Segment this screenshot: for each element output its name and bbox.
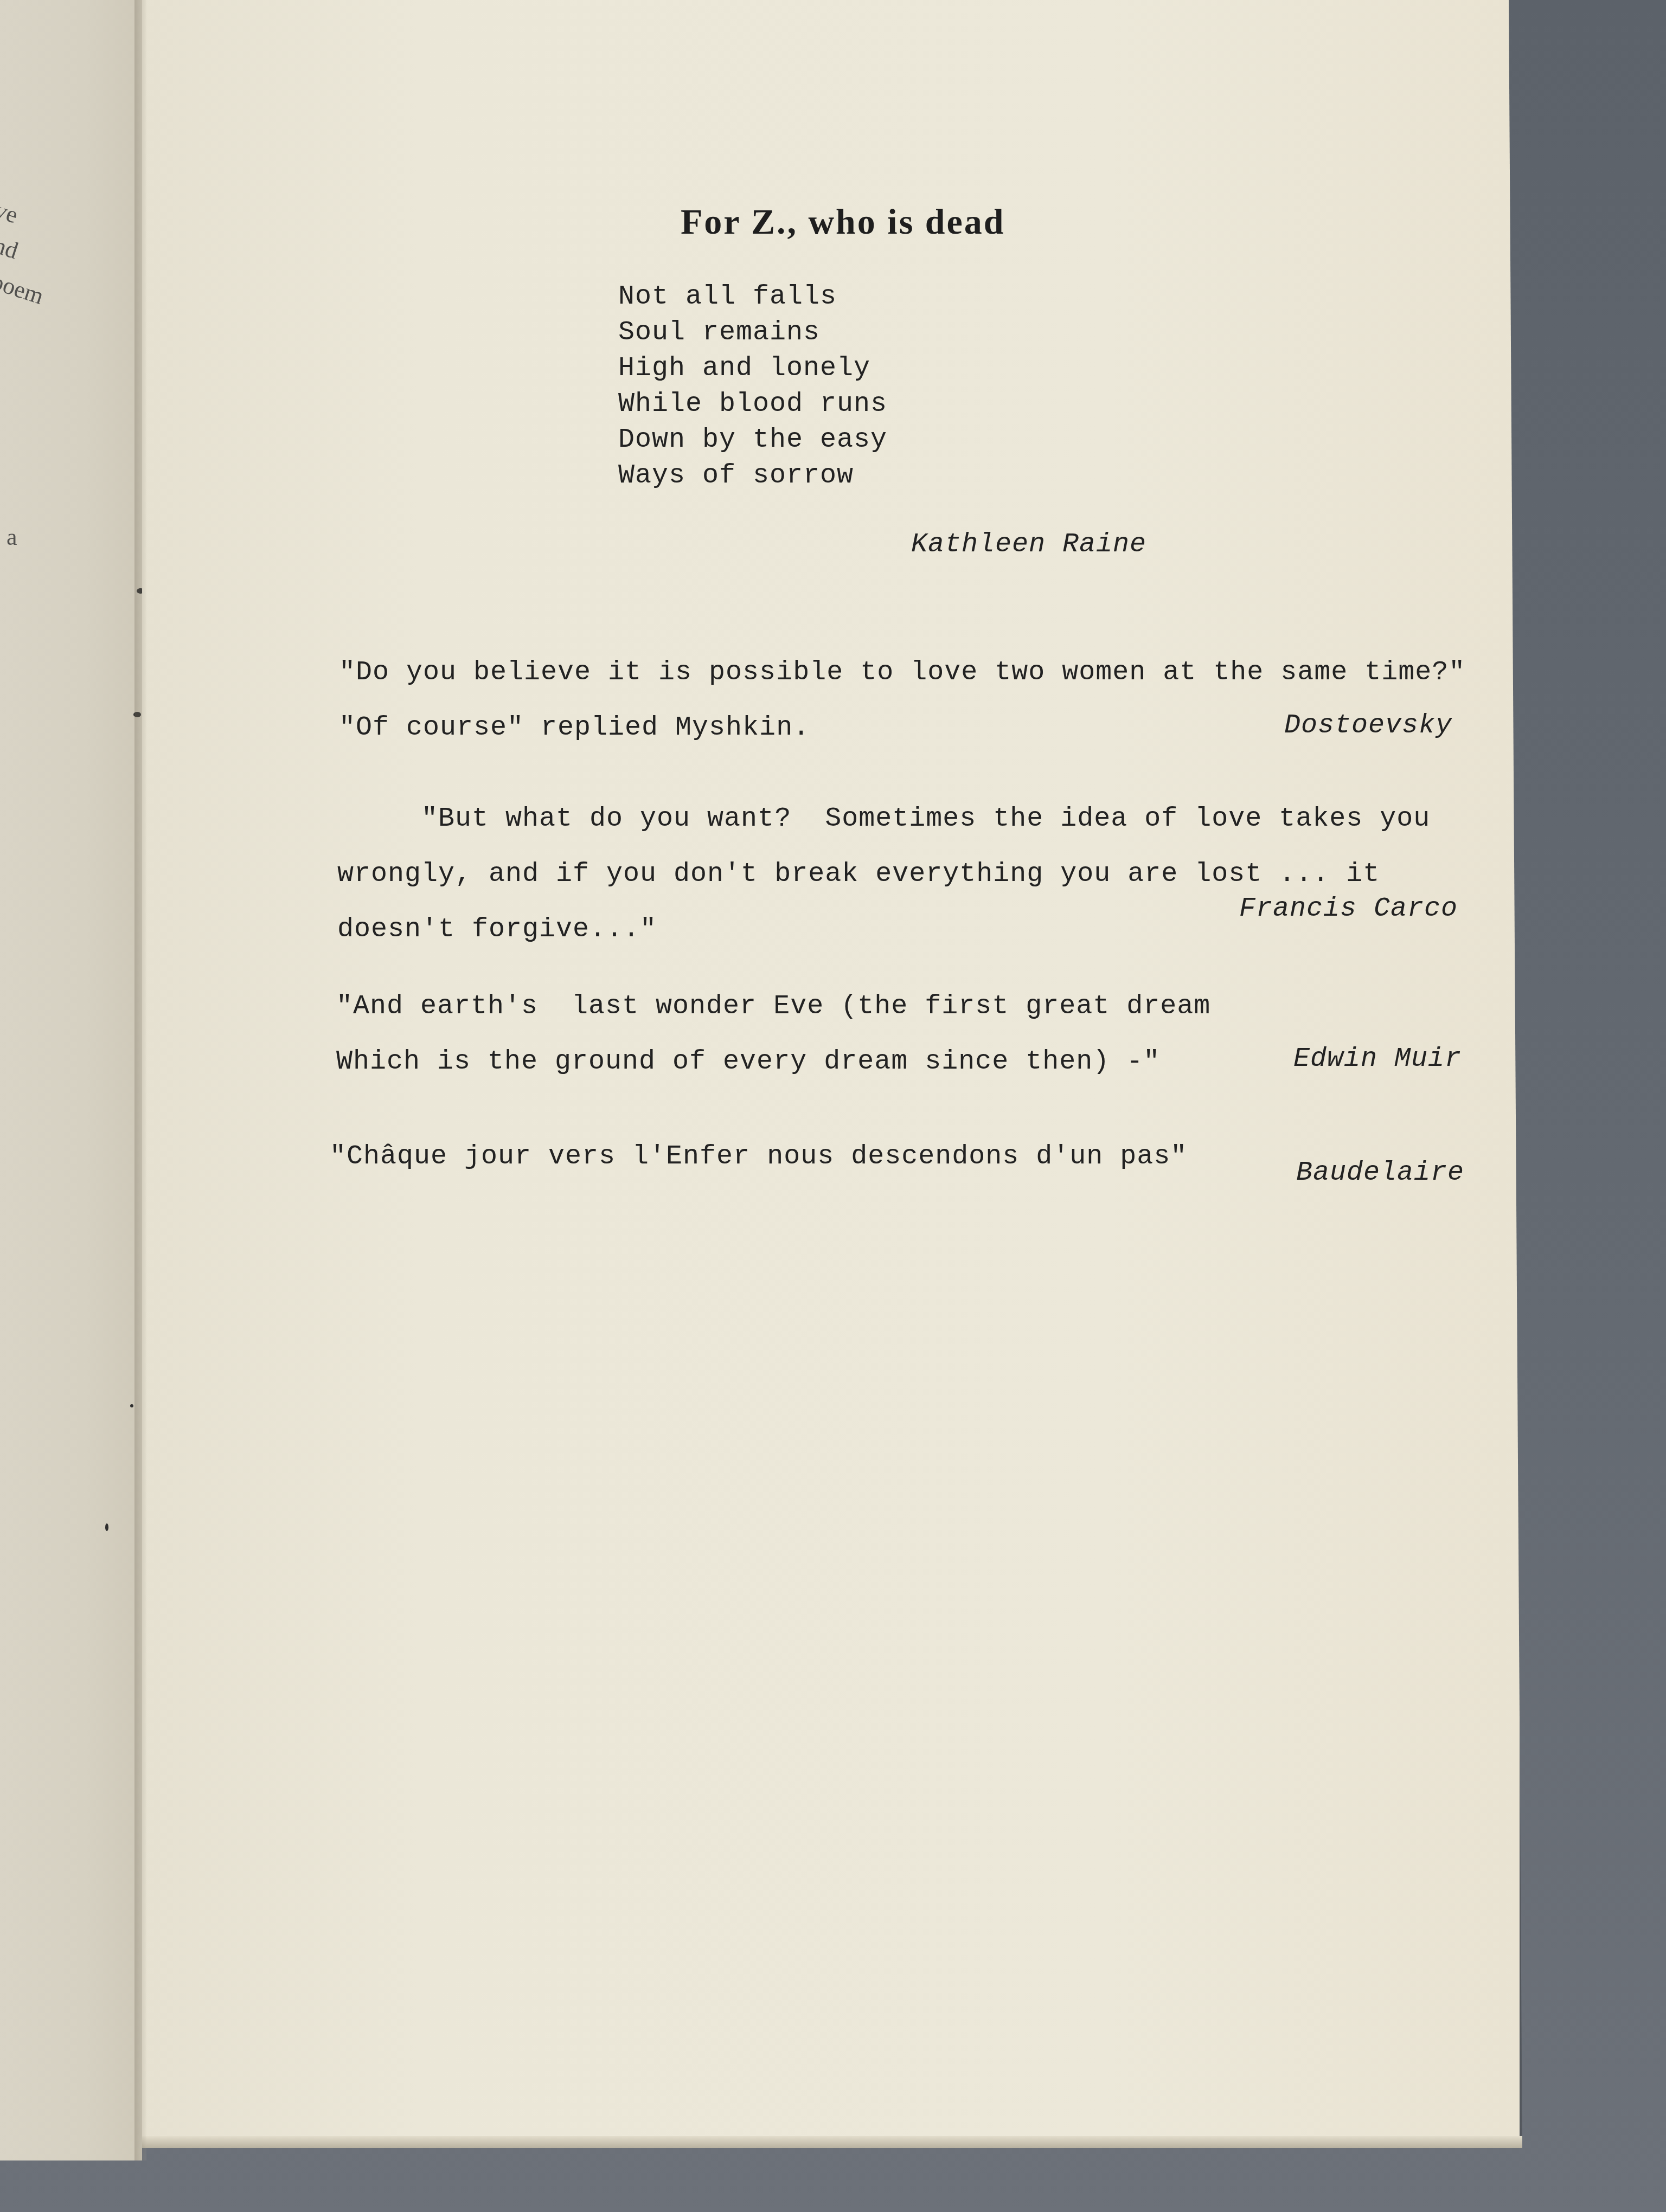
poem-title: For Z., who is dead: [681, 202, 1005, 243]
quote-line: wrongly, and if you don't break everythi…: [337, 857, 1430, 892]
poem-line: High and lonely: [618, 351, 887, 387]
page-content: For Z., who is dead Not all falls Soul r…: [0, 0, 1666, 2212]
quote-author: Francis Carco: [1239, 893, 1458, 924]
quote-line: "Châque jour vers l'Enfer nous descendon…: [330, 1139, 1187, 1175]
quote-baudelaire: "Châque jour vers l'Enfer nous descendon…: [330, 1120, 1187, 1194]
poem-line: Ways of sorrow: [618, 458, 887, 494]
poem-line: While blood runs: [618, 387, 887, 422]
quote-line: "And earth's last wonder Eve (the first …: [336, 989, 1210, 1025]
poem-line: Down by the easy: [618, 422, 887, 458]
quote-author: Baudelaire: [1296, 1158, 1464, 1188]
quote-line: Which is the ground of every dream since…: [336, 1044, 1210, 1080]
quote-edwin-muir: "And earth's last wonder Eve (the first …: [336, 969, 1210, 1099]
quote-dostoevsky: "Do you believe it is possible to love t…: [339, 635, 1465, 766]
quote-author: Dostoevsky: [1284, 710, 1452, 741]
quote-line: "Do you believe it is possible to love t…: [339, 655, 1465, 691]
quote-author: Edwin Muir: [1293, 1044, 1462, 1075]
quote-francis-carco: "But what do you want? Sometimes the ide…: [337, 782, 1430, 967]
poem-line: Not all falls: [618, 279, 887, 315]
quote-line: "But what do you want? Sometimes the ide…: [337, 801, 1430, 837]
poem-line: Soul remains: [618, 315, 887, 351]
poem-body: Not all falls Soul remains High and lone…: [618, 279, 887, 494]
poem-author: Kathleen Raine: [911, 529, 1146, 560]
